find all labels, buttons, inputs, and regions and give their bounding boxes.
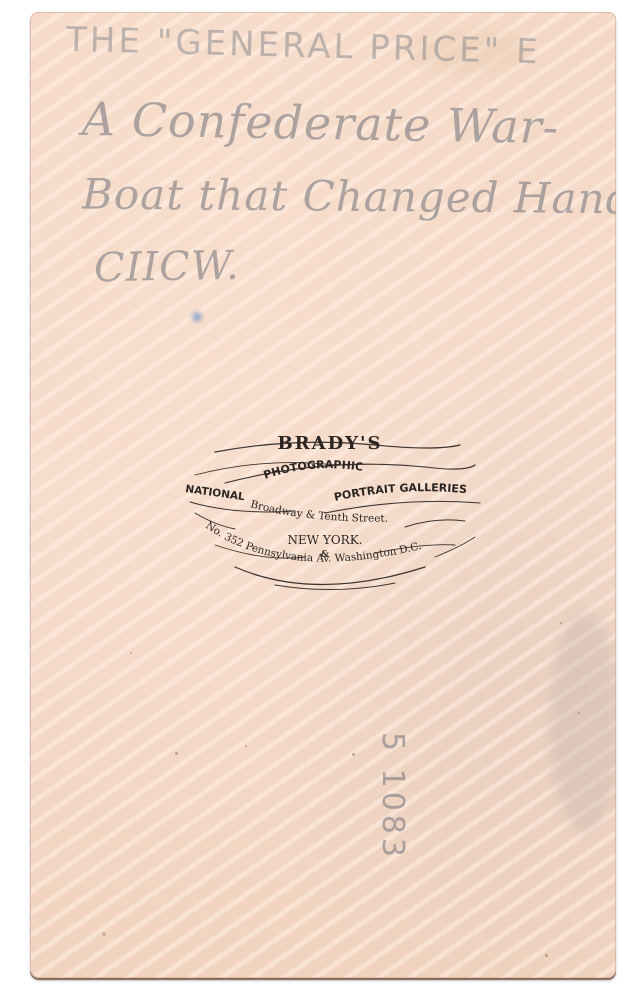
speck <box>545 954 548 957</box>
imprint-national: NATIONAL <box>185 483 246 503</box>
handwritten-line-3: Boat that Changed Hands <box>82 169 616 223</box>
handwritten-catalog-number: 5 1083 <box>375 732 410 861</box>
speck <box>352 753 355 756</box>
handwritten-line-2: A Confederate War- <box>82 92 560 154</box>
handwritten-line-4: CIICW. <box>94 243 240 292</box>
speck <box>130 652 132 654</box>
imprint-brady: BRADY'S <box>277 433 382 454</box>
carte-de-visite-back: THE "GENERAL PRICE" E A Confederate War-… <box>30 12 616 978</box>
handwritten-title: THE "GENERAL PRICE" E <box>66 20 541 72</box>
stain-right-edge <box>550 612 616 832</box>
speck <box>560 622 562 624</box>
blue-ink-spot <box>192 312 202 322</box>
photographer-imprint: BRADY'S NATIONAL PHOTOGRAPHIC PORTRAIT G… <box>175 417 485 597</box>
imprint-photographic: PHOTOGRAPHIC <box>262 458 364 482</box>
scan-background: THE "GENERAL PRICE" E A Confederate War-… <box>0 0 635 1000</box>
imprint-broadway: Broadway & Tenth Street. <box>249 498 388 524</box>
speck <box>245 745 247 747</box>
speck <box>102 932 106 936</box>
imprint-new-york: NEW YORK. <box>288 533 363 547</box>
speck <box>175 752 178 755</box>
speck <box>578 712 580 714</box>
